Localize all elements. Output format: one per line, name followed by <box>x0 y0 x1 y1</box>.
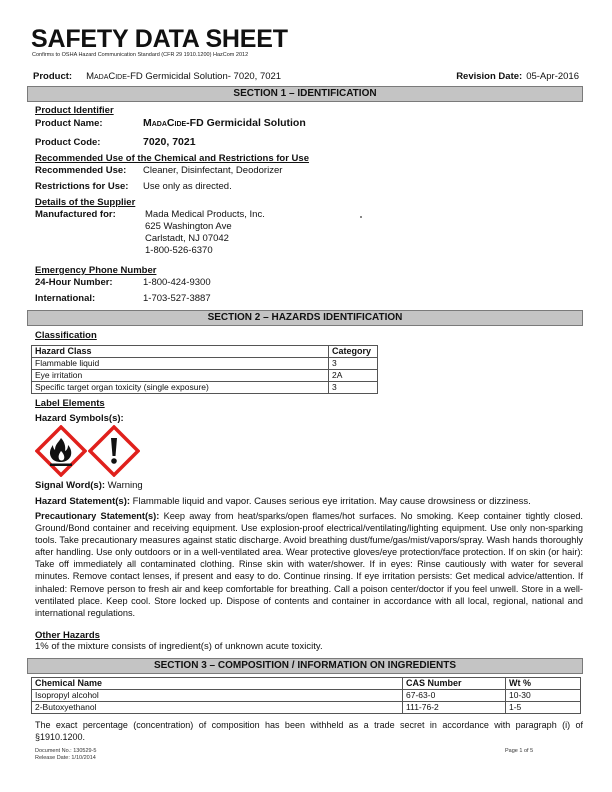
supplier-heading: Details of the Supplier <box>35 197 135 208</box>
wt-percent-cell: 1-5 <box>506 702 581 714</box>
section-3-header: SECTION 3 – COMPOSITION / INFORMATION ON… <box>27 658 583 674</box>
flame-icon <box>35 425 87 477</box>
category-cell: 3 <box>329 382 378 394</box>
supplier-name: Mada Medical Products, Inc. <box>145 209 265 221</box>
hazard-symbols-label: Hazard Symbols(s): <box>35 413 124 424</box>
cas-number-cell: 111-76-2 <box>403 702 506 714</box>
signal-word-label: Signal Word(s): <box>35 480 105 491</box>
section-2-header: SECTION 2 – HAZARDS IDENTIFICATION <box>27 310 583 326</box>
footer-doc-info: Document No.: 130529-5 Release Date: 1/1… <box>35 748 96 762</box>
product-label: Product: <box>33 71 72 82</box>
release-date: Release Date: 1/10/2014 <box>35 755 96 762</box>
category-cell: 2A <box>329 370 378 382</box>
restrictions-value: Use only as directed. <box>143 181 232 192</box>
precautionary-statement: Precautionary Statement(s): Keep away fr… <box>35 510 583 619</box>
wt-percent-cell: 10-30 <box>506 690 581 702</box>
supplier-street: 625 Washington Ave <box>145 221 265 233</box>
signal-word: Signal Word(s): Warning <box>35 480 143 491</box>
product-value: -FD Germicidal Solution- 7020, 7021 <box>127 71 281 82</box>
table-header-row: Chemical Name CAS Number Wt % <box>32 678 581 690</box>
page-number: Page 1 of 5 <box>505 748 533 755</box>
supplier-city: Carlstadt, NJ 07042 <box>145 233 265 245</box>
document-title: SAFETY DATA SHEET <box>31 27 288 52</box>
section-1-header: SECTION 1 – IDENTIFICATION <box>27 86 583 102</box>
hazard-class-cell: Specific target organ toxicity (single e… <box>32 382 329 394</box>
table-row: Specific target organ toxicity (single e… <box>32 382 378 394</box>
header-wt-percent: Wt % <box>506 678 581 690</box>
revision-label: Revision Date: <box>456 71 522 82</box>
product-code-label: Product Code: <box>35 137 100 148</box>
hazard-class-cell: Eye irritation <box>32 370 329 382</box>
chemical-name-cell: Isopropyl alcohol <box>32 690 403 702</box>
stray-mark <box>360 216 362 218</box>
product-code-value: 7020, 7021 <box>143 136 196 148</box>
label-elements-heading: Label Elements <box>35 398 105 409</box>
product-header: Product:MadaCide-FD Germicidal Solution-… <box>33 71 281 82</box>
hazard-statement-value: Flammable liquid and vapor. Causes serio… <box>133 496 531 507</box>
international-value: 1-703-527-3887 <box>143 293 211 304</box>
24-hour-value: 1-800-424-9300 <box>143 277 211 288</box>
category-cell: 3 <box>329 358 378 370</box>
24-hour-label: 24-Hour Number: <box>35 277 113 288</box>
revision-date: Revision Date:05-Apr-2016 <box>456 71 579 82</box>
product-name-rest: -FD Germicidal Solution <box>186 117 306 129</box>
header-category: Category <box>329 346 378 358</box>
chemical-name-cell: 2-Butoxyethanol <box>32 702 403 714</box>
classification-table: Hazard Class Category Flammable liquid 3… <box>31 345 378 394</box>
revision-value: 05-Apr-2016 <box>526 71 579 82</box>
product-identifier-heading: Product Identifier <box>35 105 114 116</box>
recommended-use-label: Recommended Use: <box>35 165 126 176</box>
product-name-value: MadaCide-FD Germicidal Solution <box>143 117 306 129</box>
product-brand: MadaCide <box>86 71 127 82</box>
emergency-heading: Emergency Phone Number <box>35 265 156 276</box>
hazard-statement-label: Hazard Statement(s): <box>35 496 130 507</box>
supplier-phone: 1-800-526-6370 <box>145 245 265 257</box>
conformance-note: Confirms to OSHA Hazard Communication St… <box>32 52 248 58</box>
product-name-brand: MadaCide <box>143 117 186 129</box>
composition-table: Chemical Name CAS Number Wt % Isopropyl … <box>31 677 581 714</box>
recommended-use-value: Cleaner, Disinfectant, Deodorizer <box>143 165 282 176</box>
precautionary-value: Keep away from heat/sparks/open flames/h… <box>35 511 583 618</box>
table-header-row: Hazard Class Category <box>32 346 378 358</box>
other-hazards-heading: Other Hazards <box>35 630 100 641</box>
table-row: Isopropyl alcohol 67-63-0 10-30 <box>32 690 581 702</box>
table-row: Eye irritation 2A <box>32 370 378 382</box>
manufactured-for-label: Manufactured for: <box>35 209 116 220</box>
signal-word-value: Warning <box>108 480 143 491</box>
header-cas-number: CAS Number <box>403 678 506 690</box>
document-number: Document No.: 130529-5 <box>35 748 96 755</box>
supplier-address: Mada Medical Products, Inc. 625 Washingt… <box>145 209 265 257</box>
exclamation-mark-icon <box>88 425 140 477</box>
product-name-label: Product Name: <box>35 118 103 129</box>
recommended-use-heading: Recommended Use of the Chemical and Rest… <box>35 153 309 164</box>
restrictions-label: Restrictions for Use: <box>35 181 128 192</box>
header-hazard-class: Hazard Class <box>32 346 329 358</box>
table-row: Flammable liquid 3 <box>32 358 378 370</box>
international-label: International: <box>35 293 95 304</box>
hazard-class-cell: Flammable liquid <box>32 358 329 370</box>
cas-number-cell: 67-63-0 <box>403 690 506 702</box>
other-hazards-value: 1% of the mixture consists of ingredient… <box>35 641 323 652</box>
trade-secret-note: The exact percentage (concentration) of … <box>35 719 583 743</box>
hazard-statement: Hazard Statement(s): Flammable liquid an… <box>35 496 583 507</box>
precautionary-label: Precautionary Statement(s): <box>35 511 159 521</box>
classification-heading: Classification <box>35 330 97 341</box>
table-row: 2-Butoxyethanol 111-76-2 1-5 <box>32 702 581 714</box>
header-chemical-name: Chemical Name <box>32 678 403 690</box>
